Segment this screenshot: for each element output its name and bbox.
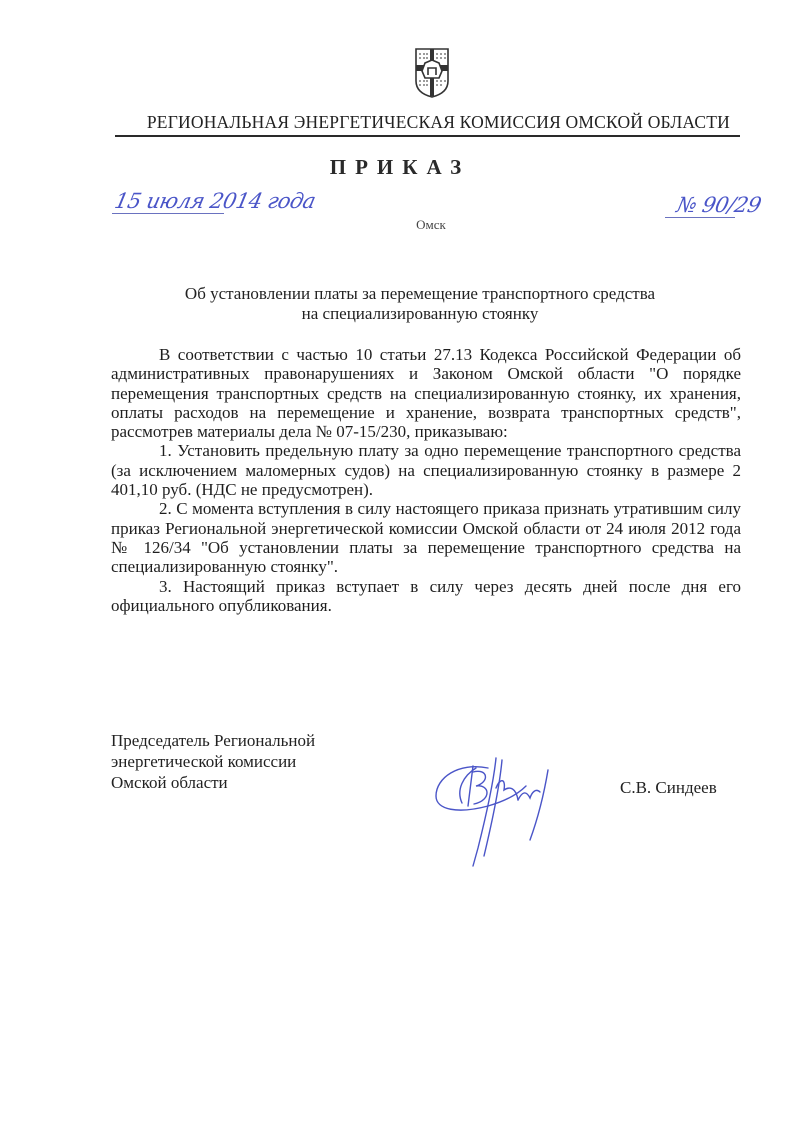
city-label: Омск [0, 217, 800, 233]
organization-title: РЕГИОНАЛЬНАЯ ЭНЕРГЕТИЧЕСКАЯ КОМИССИЯ ОМС… [120, 112, 730, 133]
document-body: В соответствии с частью 10 статьи 27.13 … [111, 345, 741, 615]
coat-of-arms-icon [414, 47, 450, 99]
handwritten-date: 15 июля 2014 года [112, 189, 317, 213]
handwritten-signature-icon [418, 748, 568, 878]
order-item-3: 3. Настоящий приказ вступает в силу чере… [111, 577, 741, 616]
position-line-1: Председатель Региональной [111, 730, 411, 751]
header-divider [115, 135, 740, 137]
signatory-position: Председатель Региональной энергетической… [111, 730, 411, 793]
subject-line-1: Об установлении платы за перемещение тра… [120, 284, 720, 304]
signer-name: С.В. Синдеев [620, 778, 717, 798]
document-type-heading: ПРИКАЗ [0, 155, 800, 180]
subject-line-2: на специализированную стоянку [120, 304, 720, 324]
order-item-1: 1. Установить предельную плату за одно п… [111, 441, 741, 499]
document-subject: Об установлении платы за перемещение тра… [120, 284, 720, 324]
position-line-3: Омской области [111, 772, 411, 793]
position-line-2: энергетической комиссии [111, 751, 411, 772]
order-item-2: 2. С момента вступления в силу настоящег… [111, 499, 741, 576]
handwritten-order-number: № 90/29 [674, 193, 763, 217]
preamble-paragraph: В соответствии с частью 10 статьи 27.13 … [111, 345, 741, 441]
date-underline [112, 213, 224, 214]
